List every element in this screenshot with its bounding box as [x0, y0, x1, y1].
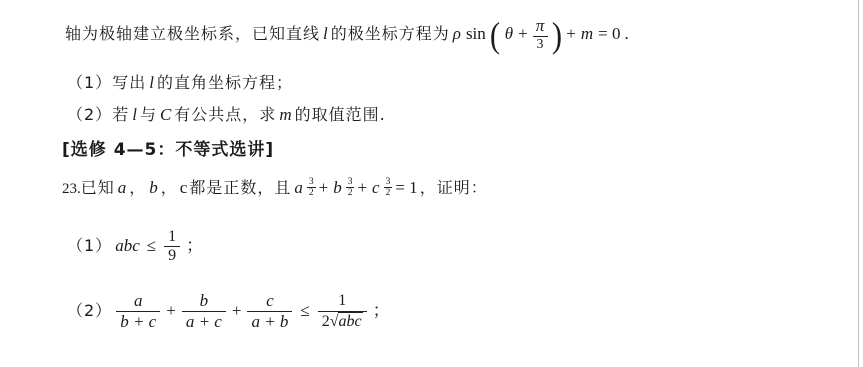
- math-var-C: C: [157, 105, 174, 124]
- text-run: 的直角坐标方程；: [157, 73, 293, 92]
- text-run: 的极坐标方程为: [331, 24, 450, 43]
- math-var-m: m: [276, 105, 294, 124]
- fraction-denominator: 2√abc: [318, 311, 367, 331]
- comma: ，: [129, 178, 146, 197]
- line-polar-equation-statement: 轴为极轴建立极坐标系，已知直线l的极坐标方程为ρsin(θ+π3)+m= 0.: [65, 10, 631, 58]
- semicolon: ；: [371, 301, 392, 320]
- math-base-c: c: [369, 178, 383, 197]
- fraction-c-over-a-plus-b: ca + b: [247, 291, 292, 331]
- item-marker: （1）: [67, 236, 112, 255]
- line-q22-part2: （2）若l与C有公共点，求m的取值范围.: [67, 102, 386, 128]
- exponent-denominator: 2: [307, 187, 316, 198]
- fraction-numerator: 1: [334, 292, 350, 310]
- math-var-l: l: [320, 24, 331, 43]
- text-run: 已知: [81, 178, 115, 197]
- fraction-1-over-2-sqrt-abc: 12√abc: [318, 292, 367, 331]
- math-equals-one: = 1: [393, 178, 419, 197]
- item-marker: （2）: [67, 105, 112, 124]
- item-marker: （2）: [67, 301, 112, 320]
- fraction-denominator: a + b: [247, 311, 292, 332]
- fraction-numerator: b: [196, 291, 213, 311]
- fraction-denominator: 3: [533, 36, 548, 53]
- fraction-denominator: b + c: [116, 311, 160, 332]
- math-var-a: a: [115, 178, 130, 197]
- math-var-l: l: [146, 73, 157, 92]
- text-run: 写出: [112, 73, 146, 92]
- text-run: 有公共点，求: [174, 105, 276, 124]
- text-run: 与: [140, 105, 157, 124]
- exponent-denominator: 2: [346, 187, 355, 198]
- math-sin: sin: [464, 24, 488, 43]
- math-var-l: l: [129, 105, 140, 124]
- fraction-a-over-b-plus-c: ab + c: [116, 291, 160, 331]
- comma: ，: [161, 178, 178, 197]
- question-number: 23.: [62, 181, 81, 197]
- fraction-numerator: c: [262, 291, 278, 311]
- math-var-c: c: [178, 178, 190, 197]
- fraction-b-over-a-plus-c: ba + c: [182, 291, 226, 331]
- math-plus: +: [230, 301, 244, 320]
- fraction-numerator: π: [532, 16, 549, 36]
- line-q23-stem: 23.已知a，b，c都是正数，且a32+b32+c32= 1，证明：: [62, 166, 488, 210]
- big-close-paren: ): [551, 16, 563, 54]
- math-base-a: a: [291, 178, 306, 197]
- text-run: 的取值范围.: [295, 105, 386, 124]
- semicolon: ；: [184, 236, 205, 255]
- exponent-numerator: 3: [309, 177, 314, 187]
- document-page: 轴为极轴建立极坐标系，已知直线l的极坐标方程为ρsin(θ+π3)+m= 0. …: [0, 0, 863, 367]
- section-header-elective-4-5: [选修 4—5：不等式选讲]: [62, 136, 274, 164]
- line-q23-part1: （1）abc≤19；: [67, 222, 205, 270]
- line-q23-part2: （2）ab + c+ba + c+ca + b≤12√abc；: [67, 284, 392, 338]
- math-plus: +: [516, 24, 530, 43]
- section-header-text: [选修 4—5：不等式选讲]: [62, 140, 274, 160]
- exponent-3-over-2: 32: [384, 177, 393, 199]
- math-plus: +: [564, 24, 578, 43]
- text-run: 都是正数，且: [189, 178, 291, 197]
- exponent-numerator: 3: [348, 177, 353, 187]
- math-var-b: b: [146, 178, 161, 197]
- coefficient-2: 2: [322, 313, 330, 330]
- line-q22-part1: （1）写出l的直角坐标方程；: [67, 70, 293, 96]
- exponent-3-over-2: 32: [346, 177, 355, 199]
- less-equal-sign: ≤: [143, 236, 160, 255]
- fraction-denominator: a + c: [182, 311, 226, 332]
- less-equal-sign: ≤: [296, 301, 313, 320]
- exponent-denominator: 2: [384, 187, 393, 198]
- text-run: ，证明：: [420, 178, 488, 197]
- math-rho: ρ: [450, 24, 464, 43]
- page-edge-line: [858, 0, 859, 367]
- math-plus: +: [317, 178, 331, 197]
- fraction-numerator: a: [130, 291, 147, 311]
- big-open-paren: (: [489, 16, 501, 54]
- fraction-numerator: 1: [164, 228, 180, 246]
- math-var-m: m: [578, 24, 596, 43]
- fraction-1-over-9: 19: [164, 228, 180, 266]
- math-abc: abc: [112, 236, 143, 255]
- fraction-denominator: 9: [164, 246, 180, 265]
- text-run: 轴为极轴建立极坐标系，已知直线: [65, 24, 320, 43]
- math-theta: θ: [502, 24, 516, 43]
- math-plus: +: [164, 301, 178, 320]
- radicand-abc: abc: [338, 312, 363, 331]
- math-equals-zero: = 0: [596, 24, 622, 43]
- fraction-pi-over-3: π3: [532, 16, 549, 53]
- math-base-b: b: [330, 178, 345, 197]
- exponent-3-over-2: 32: [307, 177, 316, 199]
- exponent-numerator: 3: [386, 177, 391, 187]
- text-run: 若: [112, 105, 129, 124]
- period: .: [622, 24, 630, 43]
- math-plus: +: [355, 178, 369, 197]
- item-marker: （1）: [67, 73, 112, 92]
